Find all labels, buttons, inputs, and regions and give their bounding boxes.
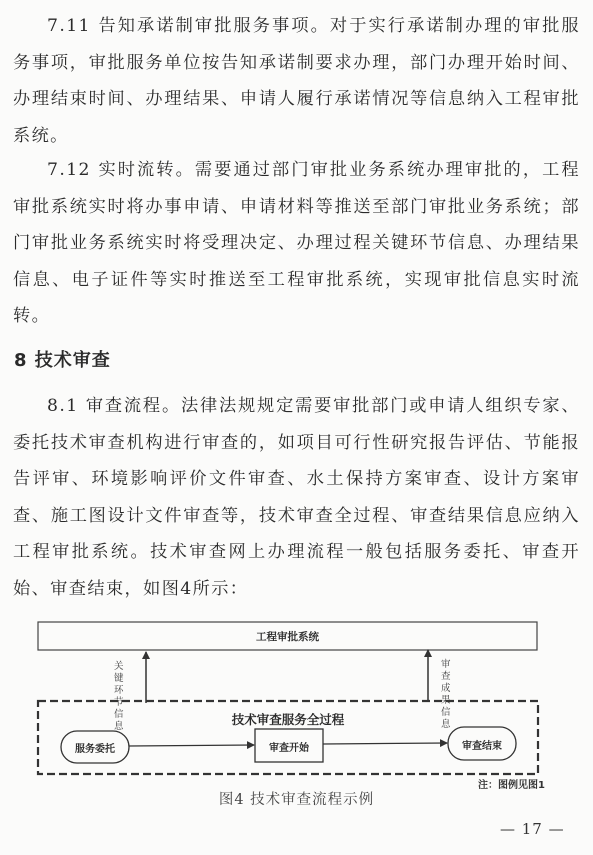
system-box-label: 工程审批系统 [38, 629, 537, 644]
node-label: 服务委托 [61, 740, 129, 755]
arrow-entrust-to-start [129, 745, 254, 746]
process-title: 技术审查服务全过程 [38, 710, 538, 728]
figure-caption: 图4 技术审查流程示例 [0, 788, 593, 809]
arrow-start-to-end [323, 743, 447, 744]
node-label: 审查开始 [255, 739, 323, 754]
page-number: — 17 — [500, 820, 565, 838]
flow-diagram: 工程审批系统 关键 环节 信息 审查 成果 信息 技术审查服务全过程 服务委托 … [0, 0, 593, 855]
node-label: 审查结束 [448, 737, 516, 752]
